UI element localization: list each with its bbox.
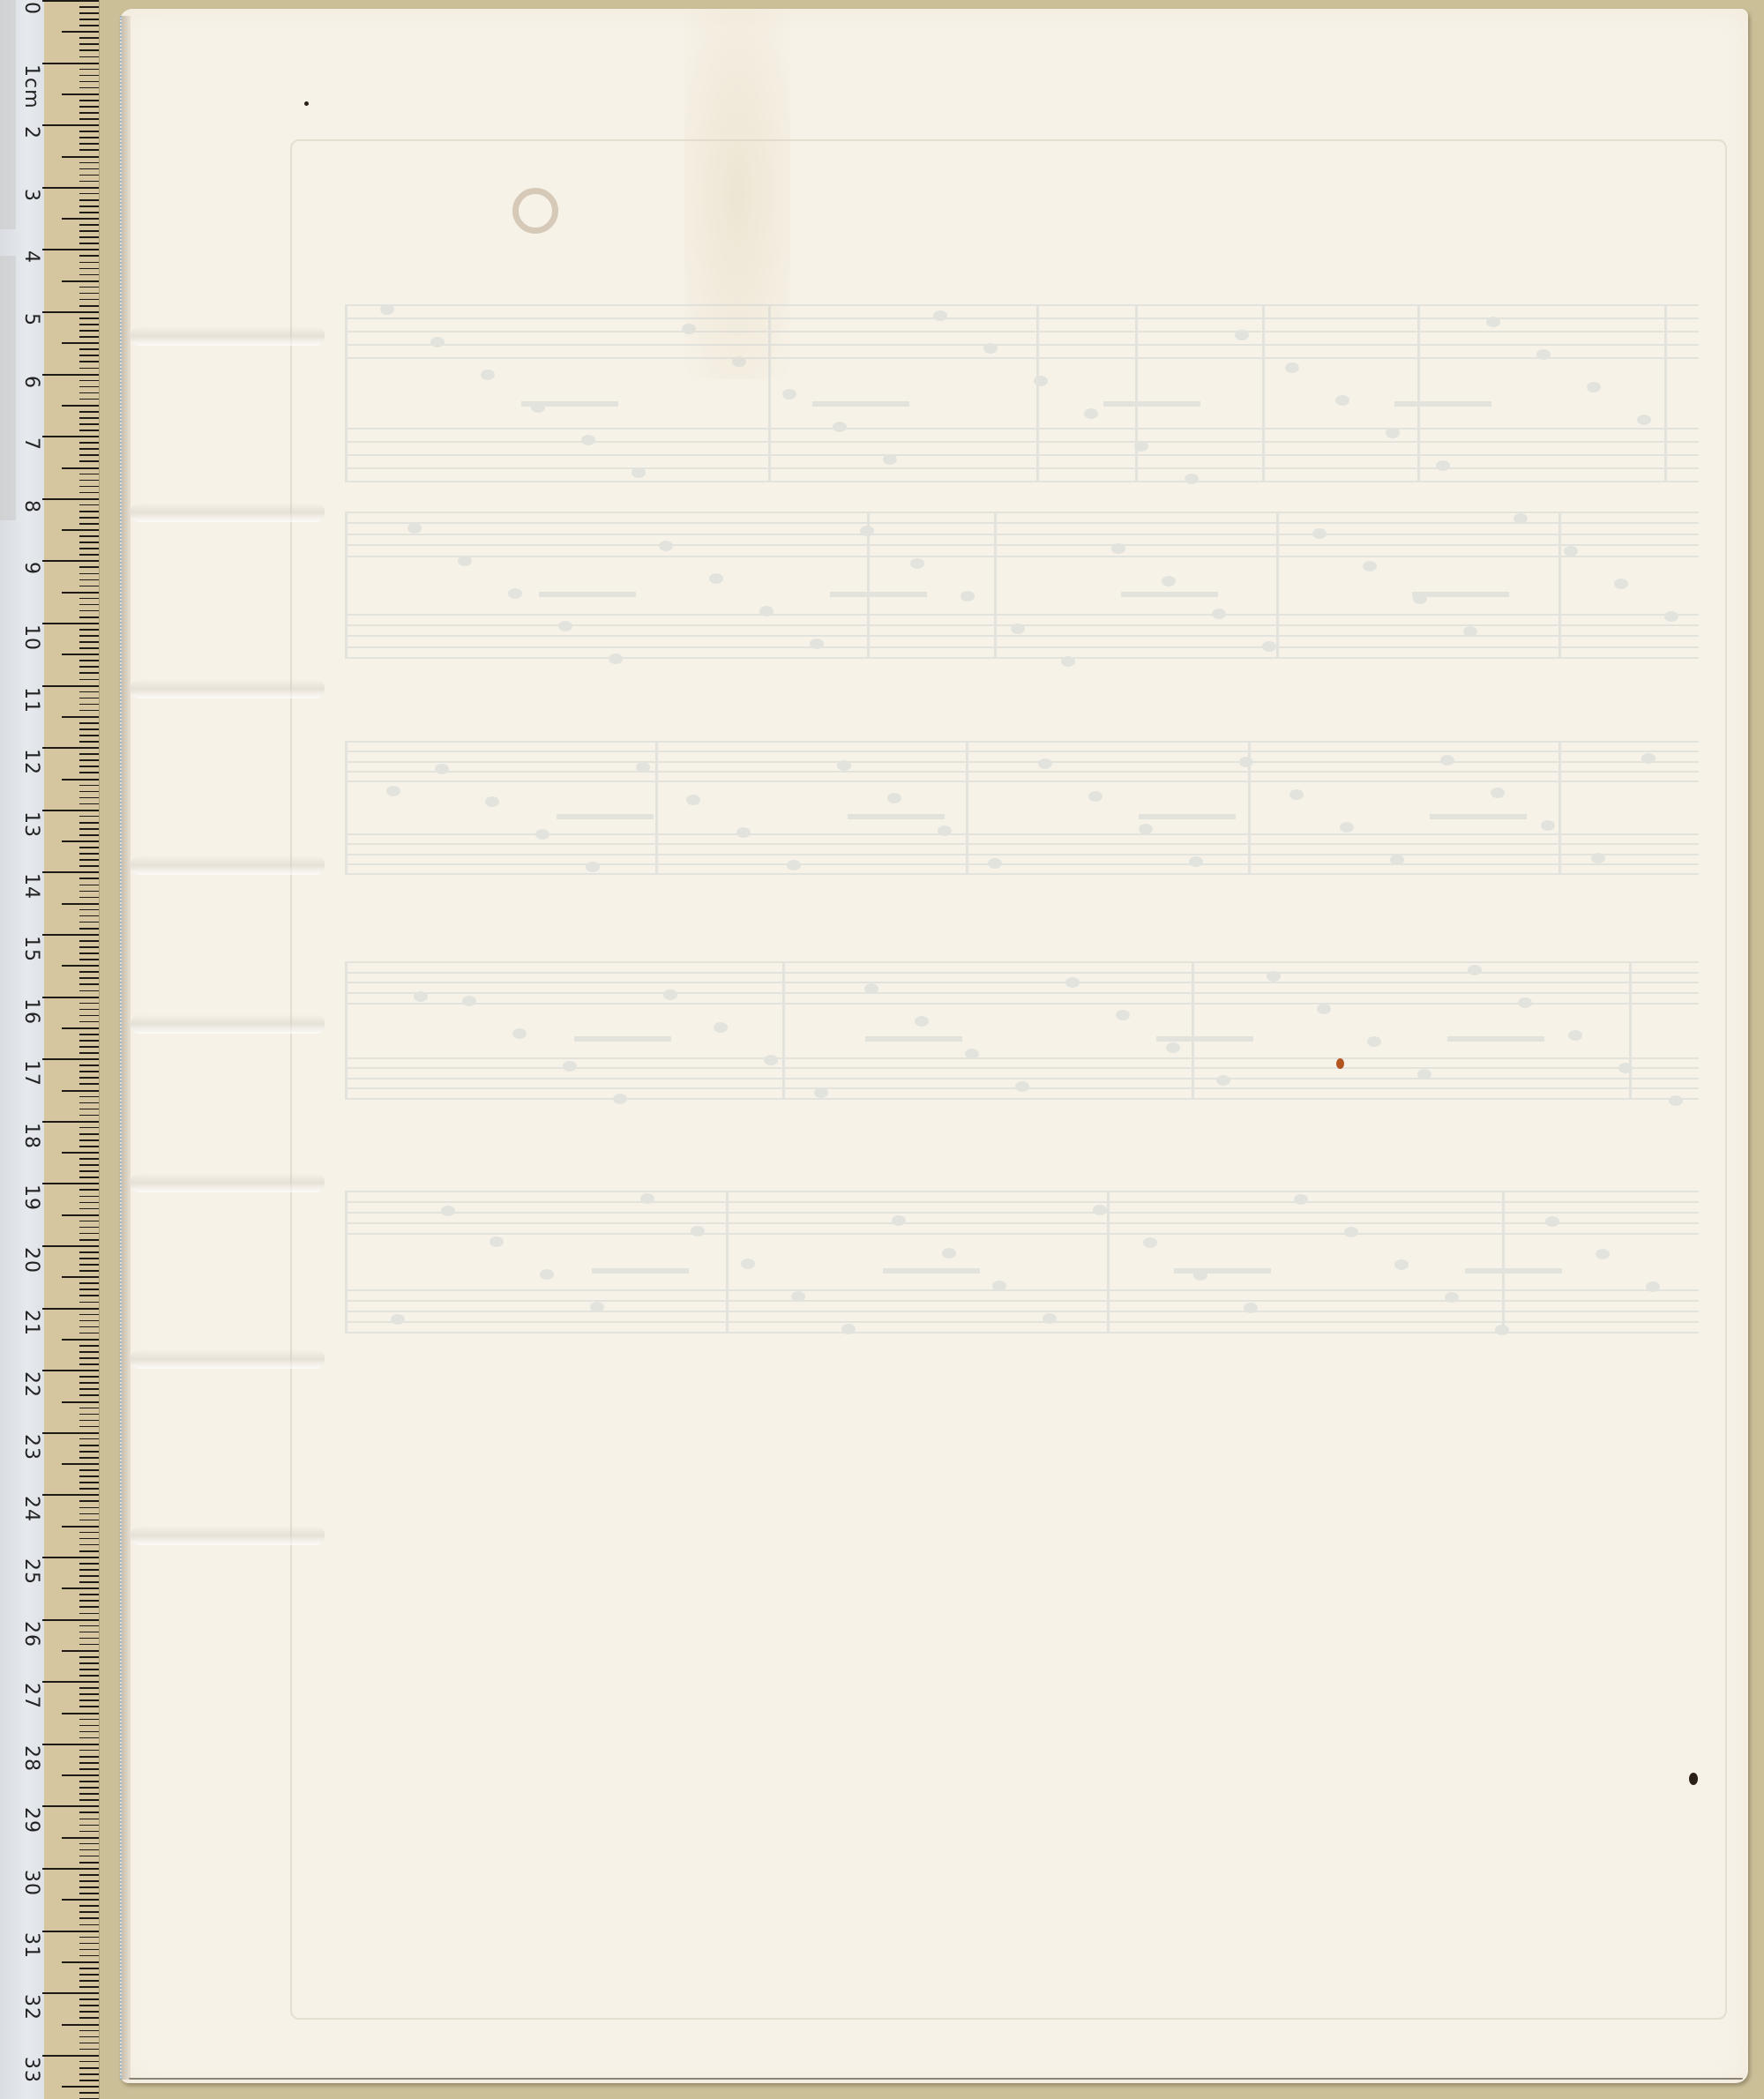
ruler-tick <box>79 1581 99 1583</box>
staff-line <box>345 304 1699 306</box>
ruler-tick <box>79 324 99 325</box>
ruler-tick <box>79 330 99 332</box>
note-head <box>485 796 499 807</box>
ruler-tick <box>62 93 99 95</box>
ruler-tick <box>79 1787 99 1789</box>
ruler-tick <box>42 249 99 250</box>
ruler-label: 25 <box>20 1558 42 1585</box>
ruler-tick <box>79 1158 99 1160</box>
note-head <box>1514 513 1528 524</box>
note-head <box>1289 789 1304 800</box>
staff-line <box>345 1222 1699 1224</box>
ruler-tick <box>62 1276 99 1278</box>
ruler-label: 29 <box>20 1807 42 1834</box>
ruler-tick <box>79 610 99 612</box>
ruler-tick <box>79 1500 99 1502</box>
ruler-tick <box>42 2055 99 2057</box>
ruler-tick <box>79 1986 99 1988</box>
ruler-tick <box>79 236 99 238</box>
ruler-tick <box>79 1251 99 1253</box>
ruler-tick <box>79 1762 99 1764</box>
note-head <box>1440 755 1454 766</box>
ruler-tick <box>79 137 99 138</box>
note-head <box>741 1259 755 1269</box>
note-head <box>682 324 696 334</box>
ruler-tick <box>79 1575 99 1577</box>
ruler-tick <box>79 492 99 494</box>
ruler-tick <box>79 1532 99 1534</box>
beam <box>812 401 909 407</box>
ruler-tick <box>79 772 99 773</box>
ruler-tick <box>42 436 99 437</box>
note-head <box>1034 376 1048 386</box>
ruler-tick <box>42 1931 99 1932</box>
ruler-tick <box>79 1725 99 1727</box>
note-head <box>1363 561 1377 571</box>
ruler-tick <box>79 1139 99 1141</box>
note-head <box>663 990 677 1000</box>
ruler-tick <box>79 946 99 948</box>
ruler-tick <box>62 31 99 33</box>
ruler-tick <box>42 1058 99 1060</box>
ruler-tick <box>79 480 99 482</box>
note-head <box>1143 1237 1157 1248</box>
note-head <box>391 1314 405 1325</box>
ruler-tick <box>42 685 99 687</box>
beam <box>521 401 618 407</box>
ruler-tick <box>79 728 99 730</box>
note-head <box>1244 1303 1258 1313</box>
ruler-tick <box>62 1650 99 1652</box>
staff-line <box>345 1057 1699 1059</box>
ruler-tick <box>79 1594 99 1595</box>
ruler-tick <box>62 1713 99 1714</box>
note-head <box>1043 1313 1057 1324</box>
ruler-tick <box>79 1457 99 1459</box>
note-head <box>814 1087 828 1098</box>
staff-line <box>345 1078 1699 1079</box>
beam <box>574 1036 671 1042</box>
barline <box>345 304 348 481</box>
ruler-tick <box>79 990 99 992</box>
beam <box>1139 814 1236 819</box>
staff-line <box>345 512 1699 513</box>
ruler-tick <box>79 1943 99 1945</box>
ruler-label: 6 <box>20 376 42 402</box>
barline <box>966 741 968 873</box>
note-head <box>540 1269 554 1280</box>
note-head <box>1267 971 1281 982</box>
ruler-tick <box>79 317 99 319</box>
note-head <box>960 591 975 601</box>
ruler-tick <box>62 280 99 282</box>
note-head <box>563 1061 577 1072</box>
ruler-tick <box>79 554 99 556</box>
note-head <box>1065 977 1080 988</box>
ruler-tick <box>79 274 99 276</box>
ruler-tick <box>79 865 99 867</box>
note-head <box>1386 428 1400 438</box>
ruler-tick <box>79 1955 99 1957</box>
ruler-tick <box>79 1040 99 1042</box>
ruler-tick <box>62 779 99 781</box>
ruler-tick <box>42 623 99 624</box>
staff-line <box>345 1311 1699 1312</box>
ruler-tick <box>79 1731 99 1733</box>
ruler-tick <box>79 1133 99 1135</box>
note-head <box>609 654 623 664</box>
ruler-tick <box>62 1463 99 1465</box>
ruler-tick <box>79 1071 99 1072</box>
ruler-tick <box>79 1799 99 1801</box>
ruler-tick <box>79 1426 99 1428</box>
ruler-tick <box>79 2036 99 2038</box>
ruler-tick <box>79 679 99 681</box>
ruler-tick <box>79 1102 99 1104</box>
note-head <box>1335 395 1349 406</box>
note-head <box>709 573 723 584</box>
ruler-tick <box>79 1856 99 1857</box>
ruler-tick <box>79 2073 99 2075</box>
note-head <box>441 1206 455 1216</box>
ruler-tick <box>42 374 99 376</box>
note-head <box>640 1193 654 1204</box>
note-head <box>1596 1249 1610 1259</box>
note-head <box>1518 997 1532 1008</box>
note-head <box>1436 460 1450 471</box>
staff-line <box>345 992 1699 994</box>
staff-line <box>345 1289 1699 1291</box>
ruler-tick <box>79 1009 99 1011</box>
staff-line <box>345 357 1699 359</box>
note-head <box>1417 1069 1431 1079</box>
ruler-tick <box>79 952 99 954</box>
ruler-tick <box>79 411 99 413</box>
note-head <box>1344 1227 1358 1237</box>
note-head <box>458 556 472 566</box>
ruler-tick <box>79 1706 99 1707</box>
ruler-tick <box>79 106 99 108</box>
ruler-tick <box>62 1837 99 1839</box>
ruler-tick <box>79 2017 99 2019</box>
ruler-tick <box>79 361 99 362</box>
ruler-tick <box>79 566 99 568</box>
ruler-tick <box>79 19 99 20</box>
note-head <box>860 526 874 536</box>
ruler-tick <box>79 1819 99 1820</box>
staff-line <box>345 873 1699 875</box>
note-head <box>1394 1259 1409 1270</box>
note-head <box>1367 1036 1381 1047</box>
ruler-tick <box>79 1662 99 1664</box>
note-head <box>1390 855 1404 865</box>
ruler-tick <box>79 666 99 668</box>
ruler-tick <box>79 604 99 606</box>
ruler-tick <box>79 1146 99 1147</box>
ruler-tick <box>79 460 99 462</box>
ruler-tick <box>62 467 99 469</box>
ruler-tick <box>79 1656 99 1658</box>
staff-line <box>345 1067 1699 1069</box>
ruler-tick <box>79 1202 99 1204</box>
staff-line <box>345 1098 1699 1100</box>
ruler-tick <box>79 1968 99 1969</box>
ruler-tick <box>79 1394 99 1396</box>
note-head <box>782 389 796 400</box>
note-head <box>933 310 947 321</box>
ruler-tick <box>79 586 99 587</box>
ruler-tick <box>79 1046 99 1048</box>
ruler-tick <box>79 1937 99 1938</box>
staff-line <box>345 1191 1699 1192</box>
ruler-tick <box>79 224 99 226</box>
note-head <box>714 1022 728 1033</box>
ruler-tick <box>79 1831 99 1833</box>
paper-wrinkle <box>131 1173 325 1192</box>
ruler-tick <box>79 1258 99 1259</box>
note-head <box>892 1215 906 1226</box>
staff-line <box>345 751 1699 752</box>
ruler-tick <box>79 1083 99 1085</box>
ruler-tick <box>62 716 99 718</box>
note-head <box>938 825 952 836</box>
ruler-tick <box>79 616 99 618</box>
ruler-tick <box>62 2086 99 2088</box>
ruler-tick <box>42 810 99 811</box>
ruler-label: 23 <box>20 1434 42 1460</box>
note-head <box>883 454 897 465</box>
ruler-tick <box>79 380 99 382</box>
ruler-tick <box>79 1625 99 1627</box>
ruler-label: 2 <box>20 126 42 153</box>
paper-bottom-edge <box>129 2078 1743 2080</box>
note-head <box>1591 853 1605 863</box>
ruler-body <box>44 0 100 2099</box>
show-through-staff-system <box>345 961 1699 1098</box>
note-head <box>1093 1205 1107 1215</box>
ruler-tick <box>79 355 99 356</box>
paper-wrinkle <box>131 855 325 875</box>
note-head <box>1185 474 1199 484</box>
note-head <box>481 370 495 380</box>
ruler-tick <box>79 1756 99 1758</box>
small-dot <box>304 101 309 106</box>
ruler-tick <box>79 504 99 506</box>
note-head <box>1262 641 1276 652</box>
ruler-tick <box>79 1270 99 1272</box>
ruler-label: 5 <box>20 313 42 340</box>
staff-line <box>345 344 1699 346</box>
ruler-tick <box>62 1961 99 1963</box>
staff-line <box>345 843 1699 845</box>
staff-line <box>345 1003 1699 1005</box>
ruler-label: 13 <box>20 811 42 838</box>
ruler-tick <box>79 1164 99 1166</box>
staff-line <box>345 614 1699 616</box>
ruler-tick <box>79 1295 99 1296</box>
barline <box>1629 961 1632 1098</box>
barline <box>1036 304 1039 481</box>
beam <box>1174 1268 1271 1274</box>
ruler-tick <box>79 885 99 886</box>
note-head <box>407 523 422 534</box>
ruler-tick <box>79 2080 99 2081</box>
ruler-tick <box>79 112 99 114</box>
ruler-tick <box>62 529 99 531</box>
ruler-tick <box>79 766 99 767</box>
note-head <box>1216 1075 1230 1086</box>
note-head <box>915 1016 929 1027</box>
ruler-tick <box>62 1774 99 1776</box>
ruler-tick <box>79 2092 99 2094</box>
ruler-tick <box>79 1638 99 1640</box>
barline <box>768 304 771 481</box>
ruler-tick <box>79 305 99 307</box>
barline <box>1262 304 1265 481</box>
ruler-tick <box>79 629 99 631</box>
ruler-tick <box>79 1917 99 1919</box>
ruler-tick <box>42 1432 99 1434</box>
staff-line <box>345 635 1699 637</box>
note-head <box>791 1291 805 1302</box>
ruler-tick <box>79 1949 99 1951</box>
ruler-tick <box>79 100 99 101</box>
ruler-tick <box>79 1699 99 1701</box>
ruler-tick <box>79 647 99 649</box>
ruler-tick <box>79 1196 99 1198</box>
paper-wrinkle <box>131 1526 325 1545</box>
note-head <box>1541 820 1555 831</box>
barline <box>1135 304 1138 481</box>
ruler-tick <box>79 336 99 338</box>
ruler-tick <box>62 218 99 220</box>
ruler-label: 28 <box>20 1745 42 1772</box>
beam <box>1121 592 1218 597</box>
ruler-tick <box>79 175 99 176</box>
ruler-tick <box>62 1401 99 1403</box>
note-head <box>691 1226 705 1236</box>
note-head <box>833 422 847 432</box>
ruler-tick <box>79 523 99 525</box>
ruler-tick <box>62 592 99 594</box>
ruler-tick <box>79 454 99 456</box>
ruler-tick <box>79 1320 99 1322</box>
ruler-tick <box>79 1924 99 1926</box>
ruler-tick <box>79 486 99 488</box>
note-head <box>1011 624 1025 634</box>
ruler-tick <box>79 1974 99 1976</box>
ruler-tick <box>79 1886 99 1888</box>
ruler-tick <box>79 2043 99 2044</box>
ruler-tick <box>79 735 99 736</box>
ruler-tick <box>79 1998 99 2000</box>
ruler-tick <box>79 1096 99 1098</box>
ruler-tick <box>79 287 99 288</box>
note-head <box>837 760 851 771</box>
ruler-tick <box>79 1644 99 1646</box>
ruler-tick <box>79 1693 99 1695</box>
note-head <box>1495 1325 1509 1335</box>
ruler-tick <box>79 672 99 674</box>
ruler-tick <box>79 791 99 793</box>
ruler-label: 31 <box>20 1932 42 1959</box>
ruler-tick <box>79 722 99 724</box>
ruler-tick <box>79 1737 99 1739</box>
ruler-tick <box>42 1681 99 1683</box>
show-through-staff-system <box>345 1191 1699 1332</box>
ruler-tick <box>79 1189 99 1191</box>
note-head <box>810 639 824 649</box>
note-head <box>1637 415 1651 425</box>
ruler-tick <box>79 1233 99 1235</box>
note-head <box>581 435 595 445</box>
barline <box>1276 512 1279 657</box>
ruler-tick <box>62 840 99 842</box>
ruler-label: 19 <box>20 1184 42 1211</box>
staff-line <box>345 1321 1699 1323</box>
ruler-tick <box>79 118 99 120</box>
beam <box>557 814 654 819</box>
ruler-tick <box>79 1357 99 1359</box>
ruler-tick <box>79 255 99 257</box>
beam <box>883 1268 980 1274</box>
note-head <box>787 860 801 870</box>
ruler-tick <box>79 1482 99 1483</box>
ruler-tick <box>62 1526 99 1528</box>
ruler-tick <box>79 1326 99 1328</box>
ruler-tick <box>79 1563 99 1565</box>
ruler-tick <box>42 1308 99 1310</box>
ruler-label: 10 <box>20 624 42 651</box>
note-head <box>659 541 673 551</box>
ruler-tick <box>79 1825 99 1826</box>
note-head <box>1166 1042 1180 1053</box>
note-head <box>1038 758 1052 769</box>
ruler-tick <box>42 1557 99 1558</box>
note-head <box>558 621 572 631</box>
ruler-tick <box>79 548 99 549</box>
ruler-tick <box>79 442 99 444</box>
note-head <box>1189 856 1203 867</box>
note-head <box>430 337 445 347</box>
staff-line <box>345 467 1699 469</box>
note-head <box>1061 656 1075 667</box>
note-head <box>632 467 646 478</box>
ruler-tick <box>79 2067 99 2069</box>
dark-spot <box>1689 1773 1698 1785</box>
paper-wrinkle <box>131 679 325 698</box>
ruler-tick <box>42 1121 99 1123</box>
staff-line <box>345 1201 1699 1203</box>
ruler-tick <box>79 69 99 71</box>
ruler-tick <box>79 959 99 960</box>
staff-line <box>345 761 1699 763</box>
ruler-tick <box>42 1619 99 1621</box>
ruler-tick <box>42 747 99 749</box>
ruler-tick <box>42 187 99 189</box>
note-head <box>1134 441 1148 452</box>
ruler-tick <box>79 87 99 89</box>
note-head <box>535 829 549 840</box>
ruler-tick <box>79 1345 99 1347</box>
ruler-tick <box>79 1170 99 1172</box>
barline <box>1558 741 1561 873</box>
paper-wrinkle <box>131 1349 325 1369</box>
note-head <box>1664 611 1678 622</box>
note-head <box>1294 1194 1308 1205</box>
ruler-tick <box>79 753 99 755</box>
barline <box>1417 304 1420 481</box>
